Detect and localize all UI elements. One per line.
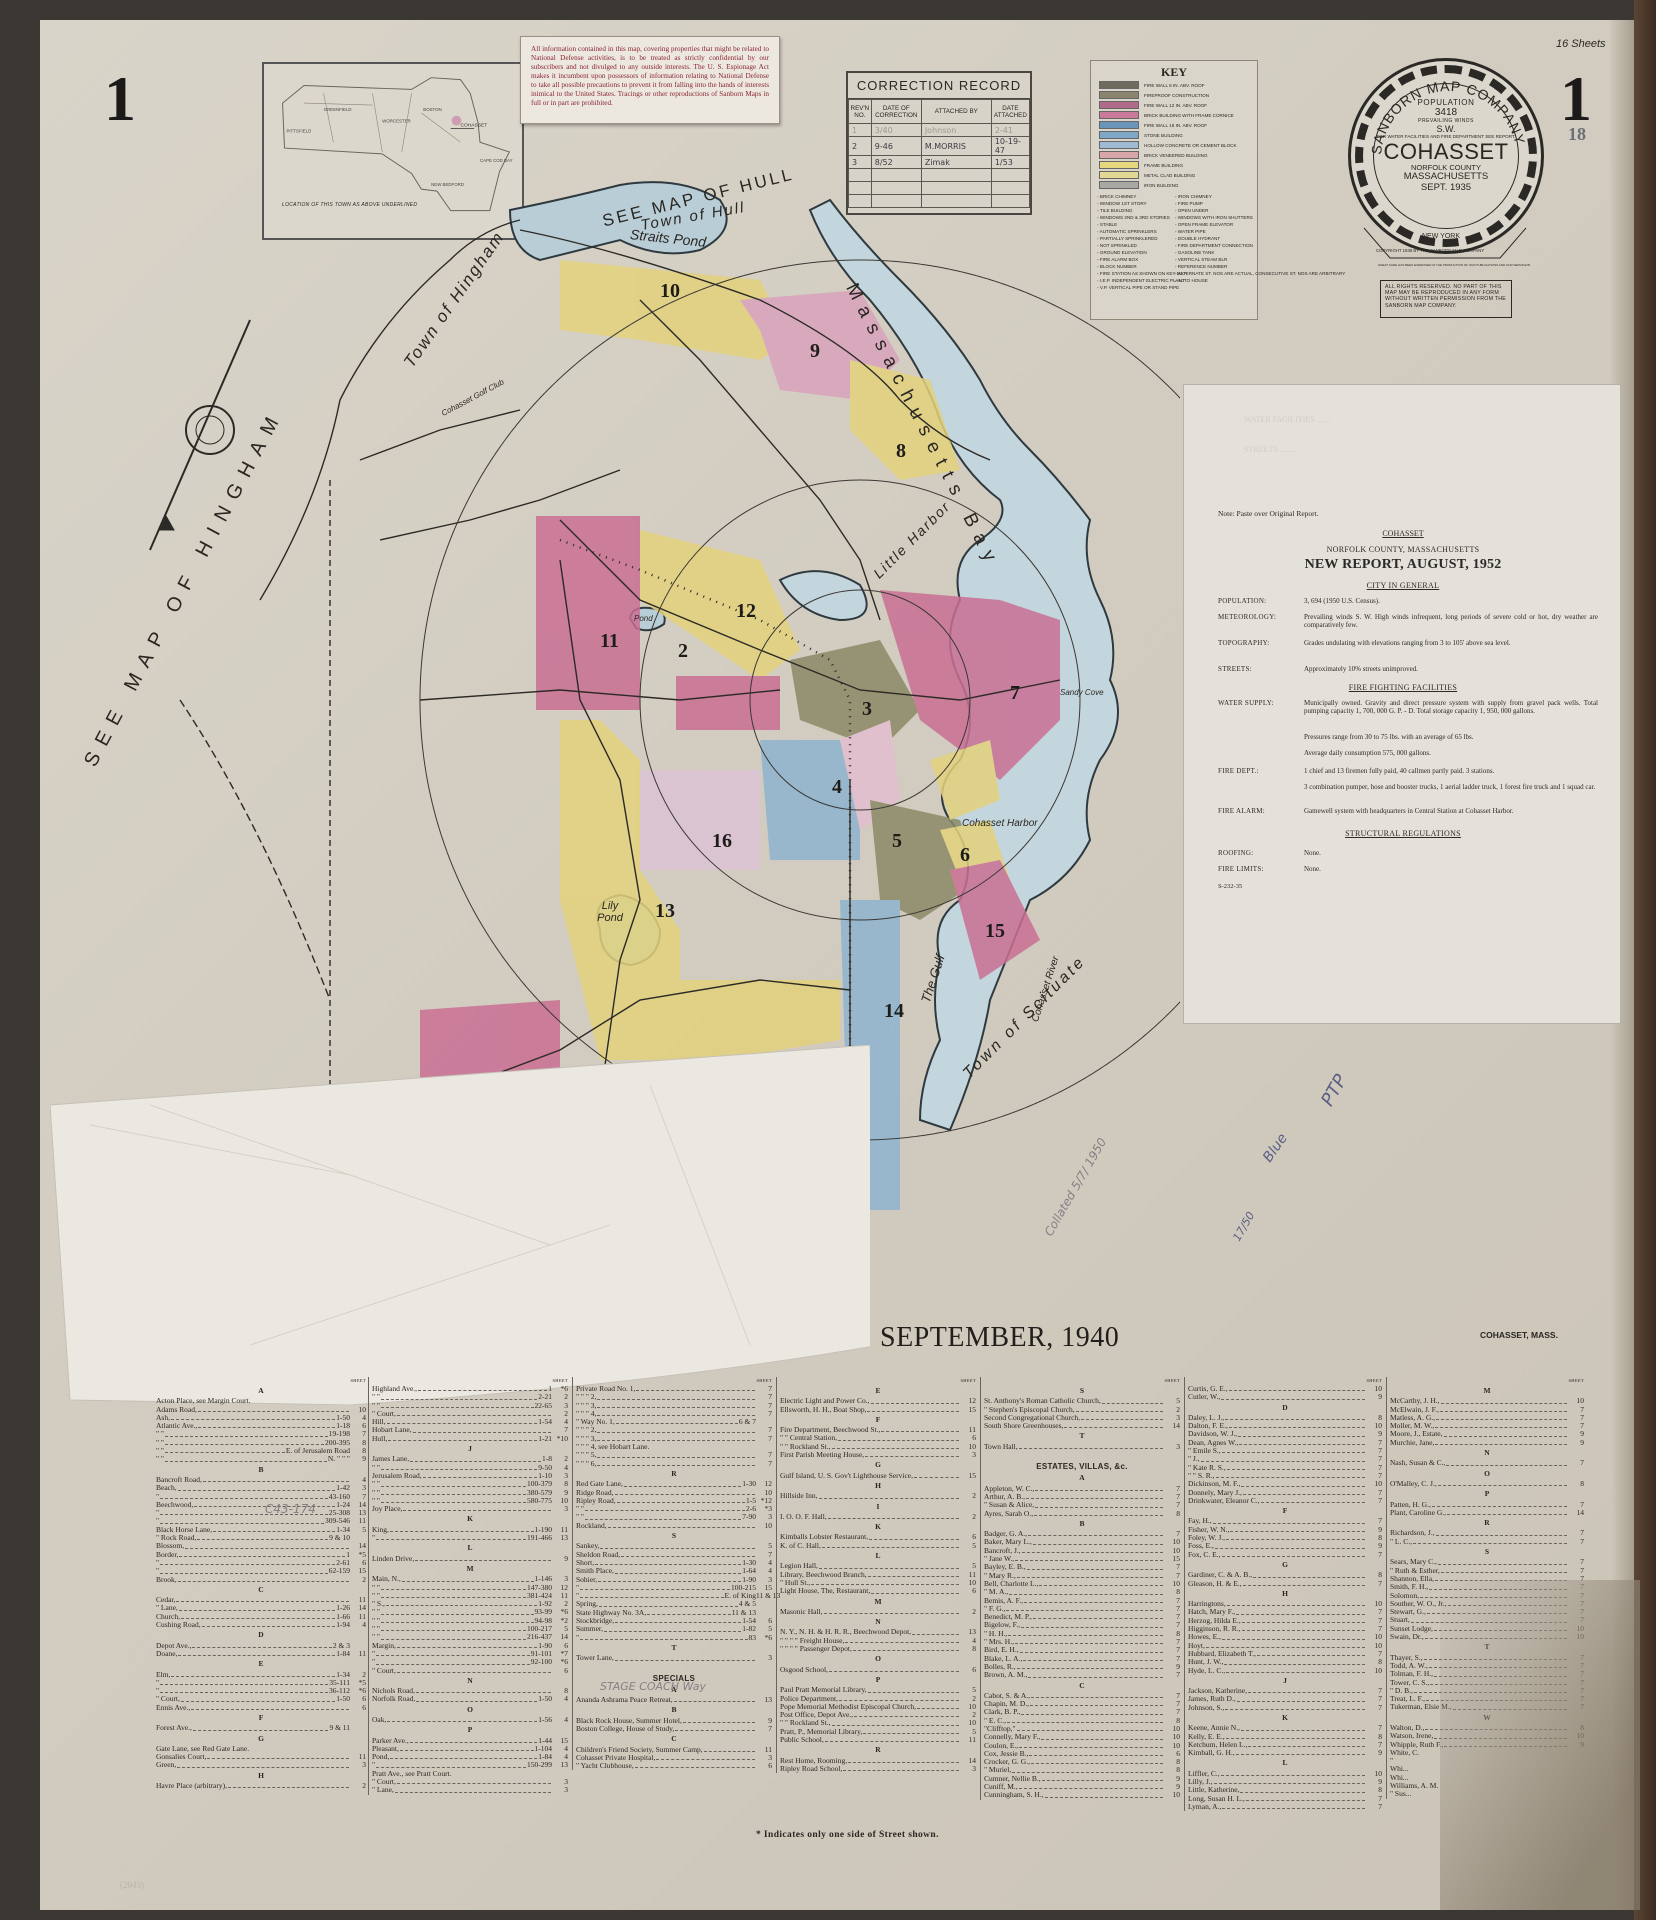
index-entry: Ripley Road,1-5*12 xyxy=(576,1497,772,1505)
report-row-roofing: ROOFING: None. xyxy=(1218,849,1598,857)
key-symbol-label: ◦ VERTICAL STEAM BLR xyxy=(1175,257,1249,262)
index-entry: Gleason, H. & E.,7 xyxy=(1188,1580,1382,1588)
sheet-number-label[interactable]: 13 xyxy=(655,900,675,923)
index-entry-range: 1-56 xyxy=(538,1716,552,1724)
index-entry-name: I. O. O. F. Hall, xyxy=(780,1513,827,1521)
index-entry-name: Norfolk Road, xyxy=(372,1695,415,1703)
key-symbol-label: ◦ FIRE PUMP xyxy=(1175,201,1249,206)
index-entry-sheet: 8 xyxy=(1164,1510,1180,1518)
sheet-number-label[interactable]: 11 xyxy=(600,630,619,653)
index-entry: Green,3 xyxy=(156,1761,366,1769)
index-entry-sheet: 6 xyxy=(960,1666,976,1674)
index-entry-name: " L. C., xyxy=(1390,1538,1412,1546)
index-entry: Cedar,11 xyxy=(156,1596,366,1604)
index-letter-heading: E xyxy=(780,1387,976,1395)
index-section-heading: SPECIALS xyxy=(576,1675,772,1683)
index-letter-heading: G xyxy=(780,1461,976,1469)
index-entry-name: Linden Drive, xyxy=(372,1555,414,1563)
index-entry-name: " xyxy=(372,1534,375,1542)
index-entry-name: Ennis Ave., xyxy=(156,1704,190,1712)
key-symbol-label: ◦ IRON CHIMNEY xyxy=(1175,194,1249,199)
index-entry-name: Johnson, S., xyxy=(1188,1704,1224,1712)
index-entry-name: Cunningham, S. H., xyxy=(984,1791,1044,1799)
index-entry: Clark, B. P.,7 xyxy=(984,1708,1180,1716)
index-entry-name: Light House, The, Restaurant, xyxy=(780,1587,870,1595)
index-entry: Depot Ave.,2 & 3 xyxy=(156,1642,366,1650)
report-row-water-consumption: Average daily consumption 575, 000 gallo… xyxy=(1218,749,1598,757)
index-entry-sheet: 4 xyxy=(552,1716,568,1724)
index-entry-name: Osgood School, xyxy=(780,1666,828,1674)
index-entry-range: 1-50 xyxy=(336,1695,350,1703)
index-entry-sheet xyxy=(1409,1765,1425,1773)
index-entry-name: Cutler, W., xyxy=(1188,1393,1220,1401)
index-letter-heading: S xyxy=(984,1387,1180,1395)
index-entry-sheet: 7 xyxy=(756,1435,772,1443)
index-entry-sheet: 13 xyxy=(552,1534,568,1542)
index-entry: Lyman, A.,7 xyxy=(1188,1803,1382,1811)
sheet-column-header: SHEET xyxy=(156,1377,366,1385)
index-town: COHASSET, MASS. xyxy=(1480,1330,1558,1340)
map-label-lily-pond: Lily Pond xyxy=(590,900,630,924)
index-letter-heading: O xyxy=(372,1706,568,1714)
key-symbol-label: ◦ OPEN FRAME ELEVATOR xyxy=(1175,222,1249,227)
index-entry-sheet xyxy=(452,1770,468,1778)
sheet-number-label[interactable]: 2 xyxy=(678,640,688,663)
report-row-fire-limits: FIRE LIMITS: None. xyxy=(1218,865,1598,873)
index-column-specials-e-r: SHEETEElectric Light and Power Co.,12Ell… xyxy=(776,1377,976,1773)
index-entry-sheet: 7 xyxy=(1568,1538,1584,1546)
index-entry-name: Hull, xyxy=(372,1435,387,1443)
index-entry: Cushing Road,1-944 xyxy=(156,1621,366,1629)
index-entry-sheet: 6 xyxy=(552,1667,568,1675)
index-entry: Hyde, L. C.,10 xyxy=(1188,1667,1382,1675)
index-letter-heading: D xyxy=(156,1631,366,1639)
index-entry: Pratt Ave., see Pratt Court. xyxy=(372,1770,568,1778)
index-letter-heading: A xyxy=(984,1474,1180,1482)
index-entry-name: Ripley Road School, xyxy=(780,1765,842,1773)
index-entry: Murchie, Jane,9 xyxy=(1390,1439,1584,1447)
sheet-number-label[interactable]: 14 xyxy=(884,1000,904,1023)
index-entry-range: 1-94 xyxy=(336,1621,350,1629)
index-entry: Kimball, G. H.,9 xyxy=(1188,1749,1382,1757)
sheet-number-label[interactable]: 4 xyxy=(832,776,842,799)
index-entry-sheet xyxy=(1419,1749,1435,1757)
index-entry: I. O. O. F. Hall,2 xyxy=(780,1513,976,1521)
index-entry-name: Green, xyxy=(156,1761,176,1769)
sheet-column-header: SHEET xyxy=(984,1377,1180,1385)
index-entry-name: " " " " Passenger Depot, xyxy=(780,1645,852,1653)
index-entry: Hull,1-21*10 xyxy=(372,1435,568,1443)
index-entry: Linden Drive,9 xyxy=(372,1555,568,1563)
index-letter-heading: I xyxy=(780,1503,976,1511)
index-entry: Richardson, J.,7 xyxy=(1390,1529,1584,1537)
index-letter-heading: B xyxy=(576,1706,772,1714)
index-entry: Hillside Inn,2 xyxy=(780,1492,976,1500)
index-entry: " L. C.,7 xyxy=(1390,1538,1584,1546)
report-row-topography: TOPOGRAPHY: Grades undulating with eleva… xyxy=(1218,639,1598,647)
index-entry-sheet xyxy=(350,1724,366,1732)
index-entry-sheet: 3 xyxy=(756,1654,772,1662)
index-letter-heading: T xyxy=(576,1644,772,1652)
index-entry-name: " Court, xyxy=(372,1667,396,1675)
index-entry: " Lane,1-2614 xyxy=(156,1604,366,1612)
index-letter-heading: A xyxy=(156,1387,366,1395)
index-entry-sheet: 7 xyxy=(1366,1704,1382,1712)
key-symbol-label: ◦ ALTERNATE ST. NOS ARE ACTUAL, CONSECUT… xyxy=(1175,271,1249,276)
report-code: S-232-35 xyxy=(1218,883,1242,890)
index-entry-sheet: 13 xyxy=(552,1761,568,1769)
report-title: NEW REPORT, AUGUST, 1952 xyxy=(1184,557,1622,573)
index-entry-sheet: 9 xyxy=(1366,1749,1382,1757)
index-entry-name: Hyde, L. C., xyxy=(1188,1667,1225,1675)
index-entry-sheet: 14 xyxy=(1164,1422,1180,1430)
index-letter-heading: N xyxy=(1390,1449,1584,1457)
key-symbol-label: ◦ AUTO HOUSE xyxy=(1175,278,1249,283)
index-entry: Tower Lane,3 xyxy=(576,1654,772,1662)
index-entry-name: First Parish Meeting House, xyxy=(780,1451,864,1459)
index-entry: O'Malley, C. J.,8 xyxy=(1390,1480,1584,1488)
index-entry: " "22-653 xyxy=(372,1402,568,1410)
key-symbol-label: ◦ DOUBLE HYDRANT xyxy=(1175,236,1249,241)
index-entry-sheet: 3 xyxy=(552,1786,568,1794)
index-letter-heading: G xyxy=(1188,1561,1382,1569)
index-letter-heading: H xyxy=(1188,1590,1382,1598)
index-entry: "191-46613 xyxy=(372,1534,568,1542)
key-symbol-label: ◦ REFERENCE NUMBER xyxy=(1175,264,1249,269)
index-entry-sheet: 2 xyxy=(350,1576,366,1584)
index-letter-heading: B xyxy=(984,1520,1180,1528)
index-entry-sheet xyxy=(1411,1790,1427,1798)
index-letter-heading: M xyxy=(372,1565,568,1573)
index-entry-name: Margin, xyxy=(372,1642,396,1650)
index-letter-heading: K xyxy=(780,1523,976,1531)
index-letter-heading: R xyxy=(780,1746,976,1754)
index-letter-heading: C xyxy=(156,1586,366,1594)
key-symbol-label: ◦ GASOLINE TANK xyxy=(1175,250,1249,255)
index-entry: " " " 2,7 xyxy=(576,1426,772,1434)
index-entry-name: Havre Place (arbitrary), xyxy=(156,1782,227,1790)
seal-town: COHASSET xyxy=(1374,140,1518,164)
index-entry-name: Sohier, xyxy=(576,1576,597,1584)
index-entry-name: Oak, xyxy=(372,1716,386,1724)
key-symbol-label: ◦ WINDOWS WITH IRON SHUTTERS xyxy=(1175,215,1249,220)
report-row-water: WATER SUPPLY: Municipally owned. Gravity… xyxy=(1218,699,1598,716)
index-entry: Public School,11 xyxy=(780,1736,976,1744)
sheet-number-label[interactable]: 16 xyxy=(712,830,732,853)
report-note: Note: Paste over Original Report. xyxy=(1218,509,1319,518)
index-column-streets-a-h: SHEETAActon Place, see Margin Court.Adam… xyxy=(156,1377,366,1790)
report-row-fire-alarm: FIRE ALARM: Gamewell system with headqua… xyxy=(1218,807,1598,815)
index-entry-range: 9 & 11 xyxy=(329,1724,350,1732)
index-entry-sheet: 3 xyxy=(960,1451,976,1459)
index-letter-heading: C xyxy=(984,1682,1180,1690)
index-entry-range: 191-466 xyxy=(527,1534,552,1542)
index-entry-sheet xyxy=(250,1397,266,1405)
index-entry-name: Forest Ave., xyxy=(156,1724,192,1732)
index-entry-sheet: 9 xyxy=(1366,1393,1382,1401)
index-entry: Oak,1-564 xyxy=(372,1716,568,1724)
index-entry: Brown, A. M.,7 xyxy=(984,1671,1180,1679)
index-entry: Bancroft Road,4 xyxy=(156,1476,366,1484)
index-entry: Bell, Charlotte L.,10 xyxy=(984,1580,1180,1588)
index-entry-name: Public School, xyxy=(780,1736,824,1744)
report-row-population: POPULATION: 3, 694 (1950 U.S. Census). xyxy=(1218,597,1598,605)
key-symbol-label: ◦ FIRE DEPARTMENT CONNECTION xyxy=(1175,243,1249,248)
index-entry-name: Ellsworth, H. H., Boat Shop, xyxy=(780,1406,866,1414)
index-letter-heading: F xyxy=(156,1714,366,1722)
index-entry: Norfolk Road,1-504 xyxy=(372,1695,568,1703)
index-entry-name: Border, xyxy=(156,1551,178,1559)
index-entry-name: Boston College, House of Study, xyxy=(576,1725,674,1733)
map-label-pond: Pond xyxy=(634,614,653,623)
index-column-streets-h-p: SHEETHighland Ave.,1*6 " "2-212 " "22-65… xyxy=(368,1377,568,1795)
index-entry-sheet: 9 xyxy=(1568,1439,1584,1447)
index-entry: " Court,3 xyxy=(372,1778,568,1786)
report-section-structural: STRUCTURAL REGULATIONS xyxy=(1184,829,1622,838)
index-letter-heading: B xyxy=(156,1466,366,1474)
index-entry-sheet: *10 xyxy=(552,1435,568,1443)
index-entry-range: N. " " " xyxy=(328,1455,350,1463)
index-entry-sheet: 3 xyxy=(552,1505,568,1513)
index-entry: Johnson, S.,7 xyxy=(1188,1704,1382,1712)
sheet-column-header: SHEET xyxy=(1390,1377,1584,1385)
index-entry: Brook,2 xyxy=(156,1576,366,1584)
index-letter-heading: S xyxy=(1390,1548,1584,1556)
index-entry-sheet: *6 xyxy=(756,1634,772,1642)
svg-text:GREAT CARE HAS BEEN EXERCISED: GREAT CARE HAS BEEN EXERCISED IN THE PRO… xyxy=(1378,263,1530,267)
index-entry-sheet: 5 xyxy=(350,1526,366,1534)
index-entry-name: Brown, A. M., xyxy=(984,1671,1027,1679)
index-entry: South Shore Greenhouses,14 xyxy=(984,1422,1180,1430)
index-entry-name: Kimball, G. H., xyxy=(1188,1749,1235,1757)
index-letter-heading: F xyxy=(780,1416,976,1424)
index-letter-heading: J xyxy=(1188,1677,1382,1685)
index-letter-heading: S xyxy=(576,1532,772,1540)
index-entry: Crocker, G. G.,8 xyxy=(984,1758,1180,1766)
index-letter-heading: D xyxy=(1188,1404,1382,1412)
sheet-count-note: 16 Sheets xyxy=(1556,38,1606,50)
index-entry: Ananda Ashrama Peace Retreat,13 xyxy=(576,1696,772,1704)
index-entry-name: Cushing Road, xyxy=(156,1621,201,1629)
sheet-number-label[interactable]: 5 xyxy=(892,830,902,853)
index-entry-sheet: 7 xyxy=(1568,1459,1584,1467)
index-letter-heading: H xyxy=(780,1482,976,1490)
index-entry: " " " 2,7 xyxy=(576,1393,772,1401)
index-entry: Plant, Caroline G.,14 xyxy=(1390,1509,1584,1517)
index-entry-name: " " xyxy=(156,1455,164,1463)
index-entry: " Rock Road,9 & 10 xyxy=(156,1534,366,1542)
index-entry: Town Hall,3 xyxy=(984,1443,1180,1451)
sheet-number-label[interactable]: 10 xyxy=(660,280,680,303)
index-entry-sheet: 8 xyxy=(960,1645,976,1653)
index-entry-range: 22-65 xyxy=(535,1402,553,1410)
index-entry: " " " 3,7 xyxy=(576,1402,772,1410)
index-entry-sheet: 11 xyxy=(350,1650,366,1658)
index-entry-name: Lyman, A., xyxy=(1188,1803,1221,1811)
index-entry-sheet: 8 xyxy=(1568,1480,1584,1488)
index-entry-sheet: 10 xyxy=(1366,1667,1382,1675)
sheet-number-label[interactable]: 6 xyxy=(960,844,970,867)
index-entry-sheet xyxy=(649,1443,665,1451)
index-entry-sheet: 7 xyxy=(756,1460,772,1468)
index-entry-sheet: 10 xyxy=(756,1522,772,1530)
index-entry-name: Murchie, Jane, xyxy=(1390,1439,1434,1447)
index-entry: " Lane,3 xyxy=(372,1786,568,1794)
report-row-meteorology: METEOROLOGY: Prevailing winds S. W. High… xyxy=(1218,613,1598,630)
index-entry-sheet: 9 xyxy=(552,1555,568,1563)
seal-population-label: POPULATION xyxy=(1374,98,1518,107)
sheet-number-label[interactable]: 8 xyxy=(896,440,906,463)
index-entry: " "N. " " "9 xyxy=(156,1455,366,1463)
index-entry-name: Beechwood, xyxy=(156,1501,193,1509)
index-entry-name: Gleason, H. & E., xyxy=(1188,1580,1242,1588)
index-entry: " " " 5,7 xyxy=(576,1451,772,1459)
index-letter-heading: C xyxy=(576,1735,772,1743)
index-entry: " Kate R. S.,7 xyxy=(1188,1464,1382,1472)
index-entry: "36-112*6 xyxy=(156,1687,366,1695)
report-section-fire: FIRE FIGHTING FACILITIES xyxy=(1184,683,1622,692)
index-entry-sheet: 7 xyxy=(1366,1551,1382,1559)
index-entry-sheet: 15 xyxy=(960,1406,976,1414)
index-entry: Forest Ave.,9 & 11 xyxy=(156,1724,366,1732)
index-entry-range: 1-21 xyxy=(538,1435,552,1443)
index-entry-sheet: 7 xyxy=(1164,1671,1180,1679)
index-entry-sheet: 6 xyxy=(960,1587,976,1595)
index-entry-sheet: 6 xyxy=(350,1704,366,1712)
sheet-number-label[interactable]: 15 xyxy=(985,920,1005,943)
index-entry: Summer,1-825 xyxy=(576,1625,772,1633)
index-entry: Howes, E.,10 xyxy=(1188,1633,1382,1641)
index-entry-name: " Yacht Clubhouse, xyxy=(576,1762,634,1770)
index-letter-heading: O xyxy=(1390,1470,1584,1478)
index-entry: Nash, Susan & C.,7 xyxy=(1390,1459,1584,1467)
index-entry: Ennis Ave.,6 xyxy=(156,1704,366,1712)
index-title: SEPTEMBER, 1940 xyxy=(880,1322,1119,1354)
index-entry: Border,1*5 xyxy=(156,1551,366,1559)
index-entry-name: Gulf Island, U. S. Gov't Lighthouse Serv… xyxy=(780,1472,913,1480)
index-entry: Rockland,10 xyxy=(576,1522,772,1530)
index-letter-heading: R xyxy=(1390,1519,1584,1527)
map-label-cohasset-harbor: Cohasset Harbor xyxy=(962,818,1038,829)
index-entry-name: O'Malley, C. J., xyxy=(1390,1480,1437,1488)
index-entry-name: South Shore Greenhouses, xyxy=(984,1422,1063,1430)
index-entry-sheet xyxy=(249,1745,265,1753)
index-entry: Ayres, Sarah O.,8 xyxy=(984,1510,1180,1518)
index-letter-heading: T xyxy=(984,1432,1180,1440)
index-entry: Masonic Hall,2 xyxy=(780,1608,976,1616)
report-town: COHASSET xyxy=(1184,529,1622,538)
key-symbol-label: ◦ OPEN UNDER xyxy=(1175,208,1249,213)
index-entry-sheet: 15 xyxy=(960,1472,976,1480)
report-row-apparatus: 3 combination pumper, hose and booster t… xyxy=(1218,783,1598,791)
index-entry: Doane,1-8411 xyxy=(156,1650,366,1658)
index-entry-name: Ananda Ashrama Peace Retreat, xyxy=(576,1696,673,1704)
report-row-streets: STREETS: Approximately 10% streets unimp… xyxy=(1218,665,1598,673)
index-entry-name: Town Hall, xyxy=(984,1443,1018,1451)
index-letter-heading: L xyxy=(780,1552,976,1560)
index-entry-name: Hillside Inn, xyxy=(780,1492,818,1500)
index-entry-name: Drinkwater, Eleanor C., xyxy=(1188,1497,1260,1505)
index-letter-heading: P xyxy=(780,1676,976,1684)
index-letter-heading: O xyxy=(780,1655,976,1663)
report-county: NORFOLK COUNTY, MASSACHUSETTS xyxy=(1184,545,1622,554)
catalog-stamp: (2043) xyxy=(120,1880,144,1890)
seal-winds: S.W. xyxy=(1374,124,1518,134)
index-entry: Blossom,14 xyxy=(156,1542,366,1550)
index-entry-sheet: 4 xyxy=(552,1695,568,1703)
index-column-streets-p-t-specials: SHEETPrivate Road No. 1,7 " " " 2,7 " " … xyxy=(572,1377,772,1770)
svg-text:COPYRIGHT 1936 BY THE SANBORN: COPYRIGHT 1936 BY THE SANBORN MAP COMPAN… xyxy=(1376,248,1484,253)
svg-text:NEW YORK: NEW YORK xyxy=(1422,233,1460,240)
map-label-sandy-cove: Sandy Cove xyxy=(1060,688,1104,697)
index-entry-name: Masonic Hall, xyxy=(780,1608,823,1616)
index-entry-range: 92-100 xyxy=(531,1658,552,1666)
index-entry-sheet: 3 xyxy=(350,1761,366,1769)
index-entry-sheet: 2 xyxy=(960,1608,976,1616)
sheet-number-label[interactable]: 12 xyxy=(736,600,756,623)
index-entry-range: 6 & 7 xyxy=(739,1418,756,1426)
index-entry-name: Fox, C. E., xyxy=(1188,1551,1221,1559)
index-entry: Foley, W. J.,8 xyxy=(1188,1534,1382,1542)
report-row-water-pressure: Pressures range from 30 to 75 lbs. with … xyxy=(1218,733,1598,741)
index-entry-range: 62-159 xyxy=(329,1567,350,1575)
index-letter-heading: J xyxy=(372,1445,568,1453)
index-entry: " Yacht Clubhouse,6 xyxy=(576,1762,772,1770)
index-letter-heading: L xyxy=(372,1544,568,1552)
index-entry: Fox, C. E.,7 xyxy=(1188,1551,1382,1559)
index-entry: First Parish Meeting House,3 xyxy=(780,1451,976,1459)
index-entry-sheet: 5 xyxy=(960,1542,976,1550)
index-entry: " " " " Passenger Depot,8 xyxy=(780,1645,976,1653)
sheet-column-header: SHEET xyxy=(780,1377,976,1385)
report-section-general: CITY IN GENERAL xyxy=(1184,581,1622,590)
index-entry: Havre Place (arbitrary),2 xyxy=(156,1782,366,1790)
index-entry: " Court,6 xyxy=(372,1667,568,1675)
sheet-number-label[interactable]: 9 xyxy=(810,340,820,363)
index-entry: Bigelow, F.,7 xyxy=(984,1621,1180,1629)
index-entry: " " " 4, see Hobart Lane. xyxy=(576,1443,772,1451)
index-entry: Cunningham, S. H.,10 xyxy=(984,1791,1180,1799)
index-entry: Ellsworth, H. H., Boat Shop,15 xyxy=(780,1406,976,1414)
index-entry-range: 7-90 xyxy=(742,1513,756,1521)
index-entry: Ripley Road School,3 xyxy=(780,1765,976,1773)
index-entry: Joy Place,3 xyxy=(372,1505,568,1513)
index-entry-range: 9 & 10 xyxy=(329,1534,350,1542)
key-symbol-label: ◦ WATER PIPE xyxy=(1175,229,1249,234)
index-entry-sheet: 10 xyxy=(1164,1791,1180,1799)
sheet-number-label[interactable]: 3 xyxy=(862,698,872,721)
index-entry: Osgood School,6 xyxy=(780,1666,976,1674)
index-entry-range: 1-54 xyxy=(538,1418,552,1426)
index-entry-sheet: 2 xyxy=(350,1782,366,1790)
index-letter-heading: M xyxy=(1390,1387,1584,1395)
index-entry: Boston College, House of Study,7 xyxy=(576,1725,772,1733)
index-entry: " Emile S.,7 xyxy=(1188,1447,1382,1455)
index-entry-sheet: 7 xyxy=(756,1410,772,1418)
sheet-number-label[interactable]: 7 xyxy=(1010,682,1020,705)
index-entry-name: Beach, xyxy=(156,1484,177,1492)
seal-state: MASSACHUSETTS xyxy=(1374,172,1518,182)
index-entry: "62-15915 xyxy=(156,1567,366,1575)
index-entry-range: 1-30 xyxy=(742,1480,756,1488)
index-column-estates-c-l: SHEETCurtis, G. E.,10Cutler, W.,9DDaley,… xyxy=(1184,1377,1382,1811)
index-entry: " Way No. 1,6 & 7 xyxy=(576,1418,772,1426)
index-entry-name: Swain, Dr., xyxy=(1390,1633,1424,1641)
index-entry: Light House, The, Restaurant,6 xyxy=(780,1587,976,1595)
index-entry-name: Doane, xyxy=(156,1650,177,1658)
index-entry-sheet: 4 xyxy=(350,1621,366,1629)
index-entry: " " " 6,7 xyxy=(576,1460,772,1468)
